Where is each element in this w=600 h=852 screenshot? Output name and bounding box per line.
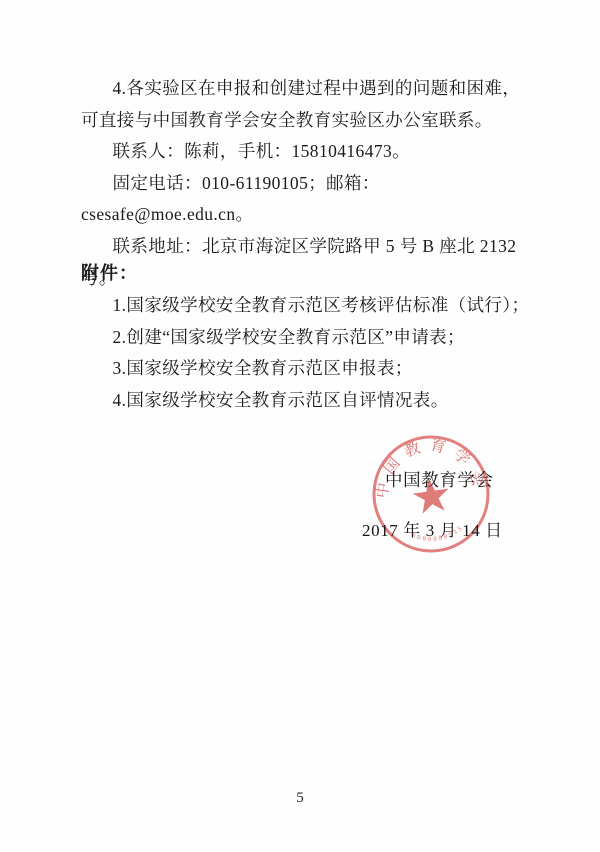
document-page: 4.各实验区在申报和创建过程中遇到的问题和困难，可直接与中国教育学会安全教育实验… — [0, 0, 600, 852]
page-number: 5 — [0, 790, 600, 807]
attachments-section: 附件： 1.国家级学校安全教育示范区考核评估标准（试行）； 2.创建“国家级学校… — [81, 258, 536, 417]
attachment-item-3: 3.国家级学校安全教育示范区申报表； — [81, 353, 536, 385]
attachment-item-2: 2.创建“国家级学校安全教育示范区”申请表； — [81, 322, 536, 354]
signature-date: 2017 年 3 月 14 日 — [362, 516, 503, 541]
phone-email-line: 固定电话：010-61190105；邮箱：csesafe@moe.edu.cn。 — [81, 168, 536, 231]
attachment-item-1: 1.国家级学校安全教育示范区考核评估标准（试行）； — [81, 290, 536, 322]
signature-organization: 中国教育学会 — [385, 467, 494, 492]
paragraph-problems-contact: 4.各实验区在申报和创建过程中遇到的问题和困难，可直接与中国教育学会安全教育实验… — [81, 73, 536, 136]
attachments-heading: 附件： — [81, 258, 536, 290]
contact-person-line: 联系人：陈莉，手机：15810416473。 — [81, 136, 536, 168]
official-seal-stamp-icon: 中国教育学会 0000000515 — [334, 397, 528, 591]
